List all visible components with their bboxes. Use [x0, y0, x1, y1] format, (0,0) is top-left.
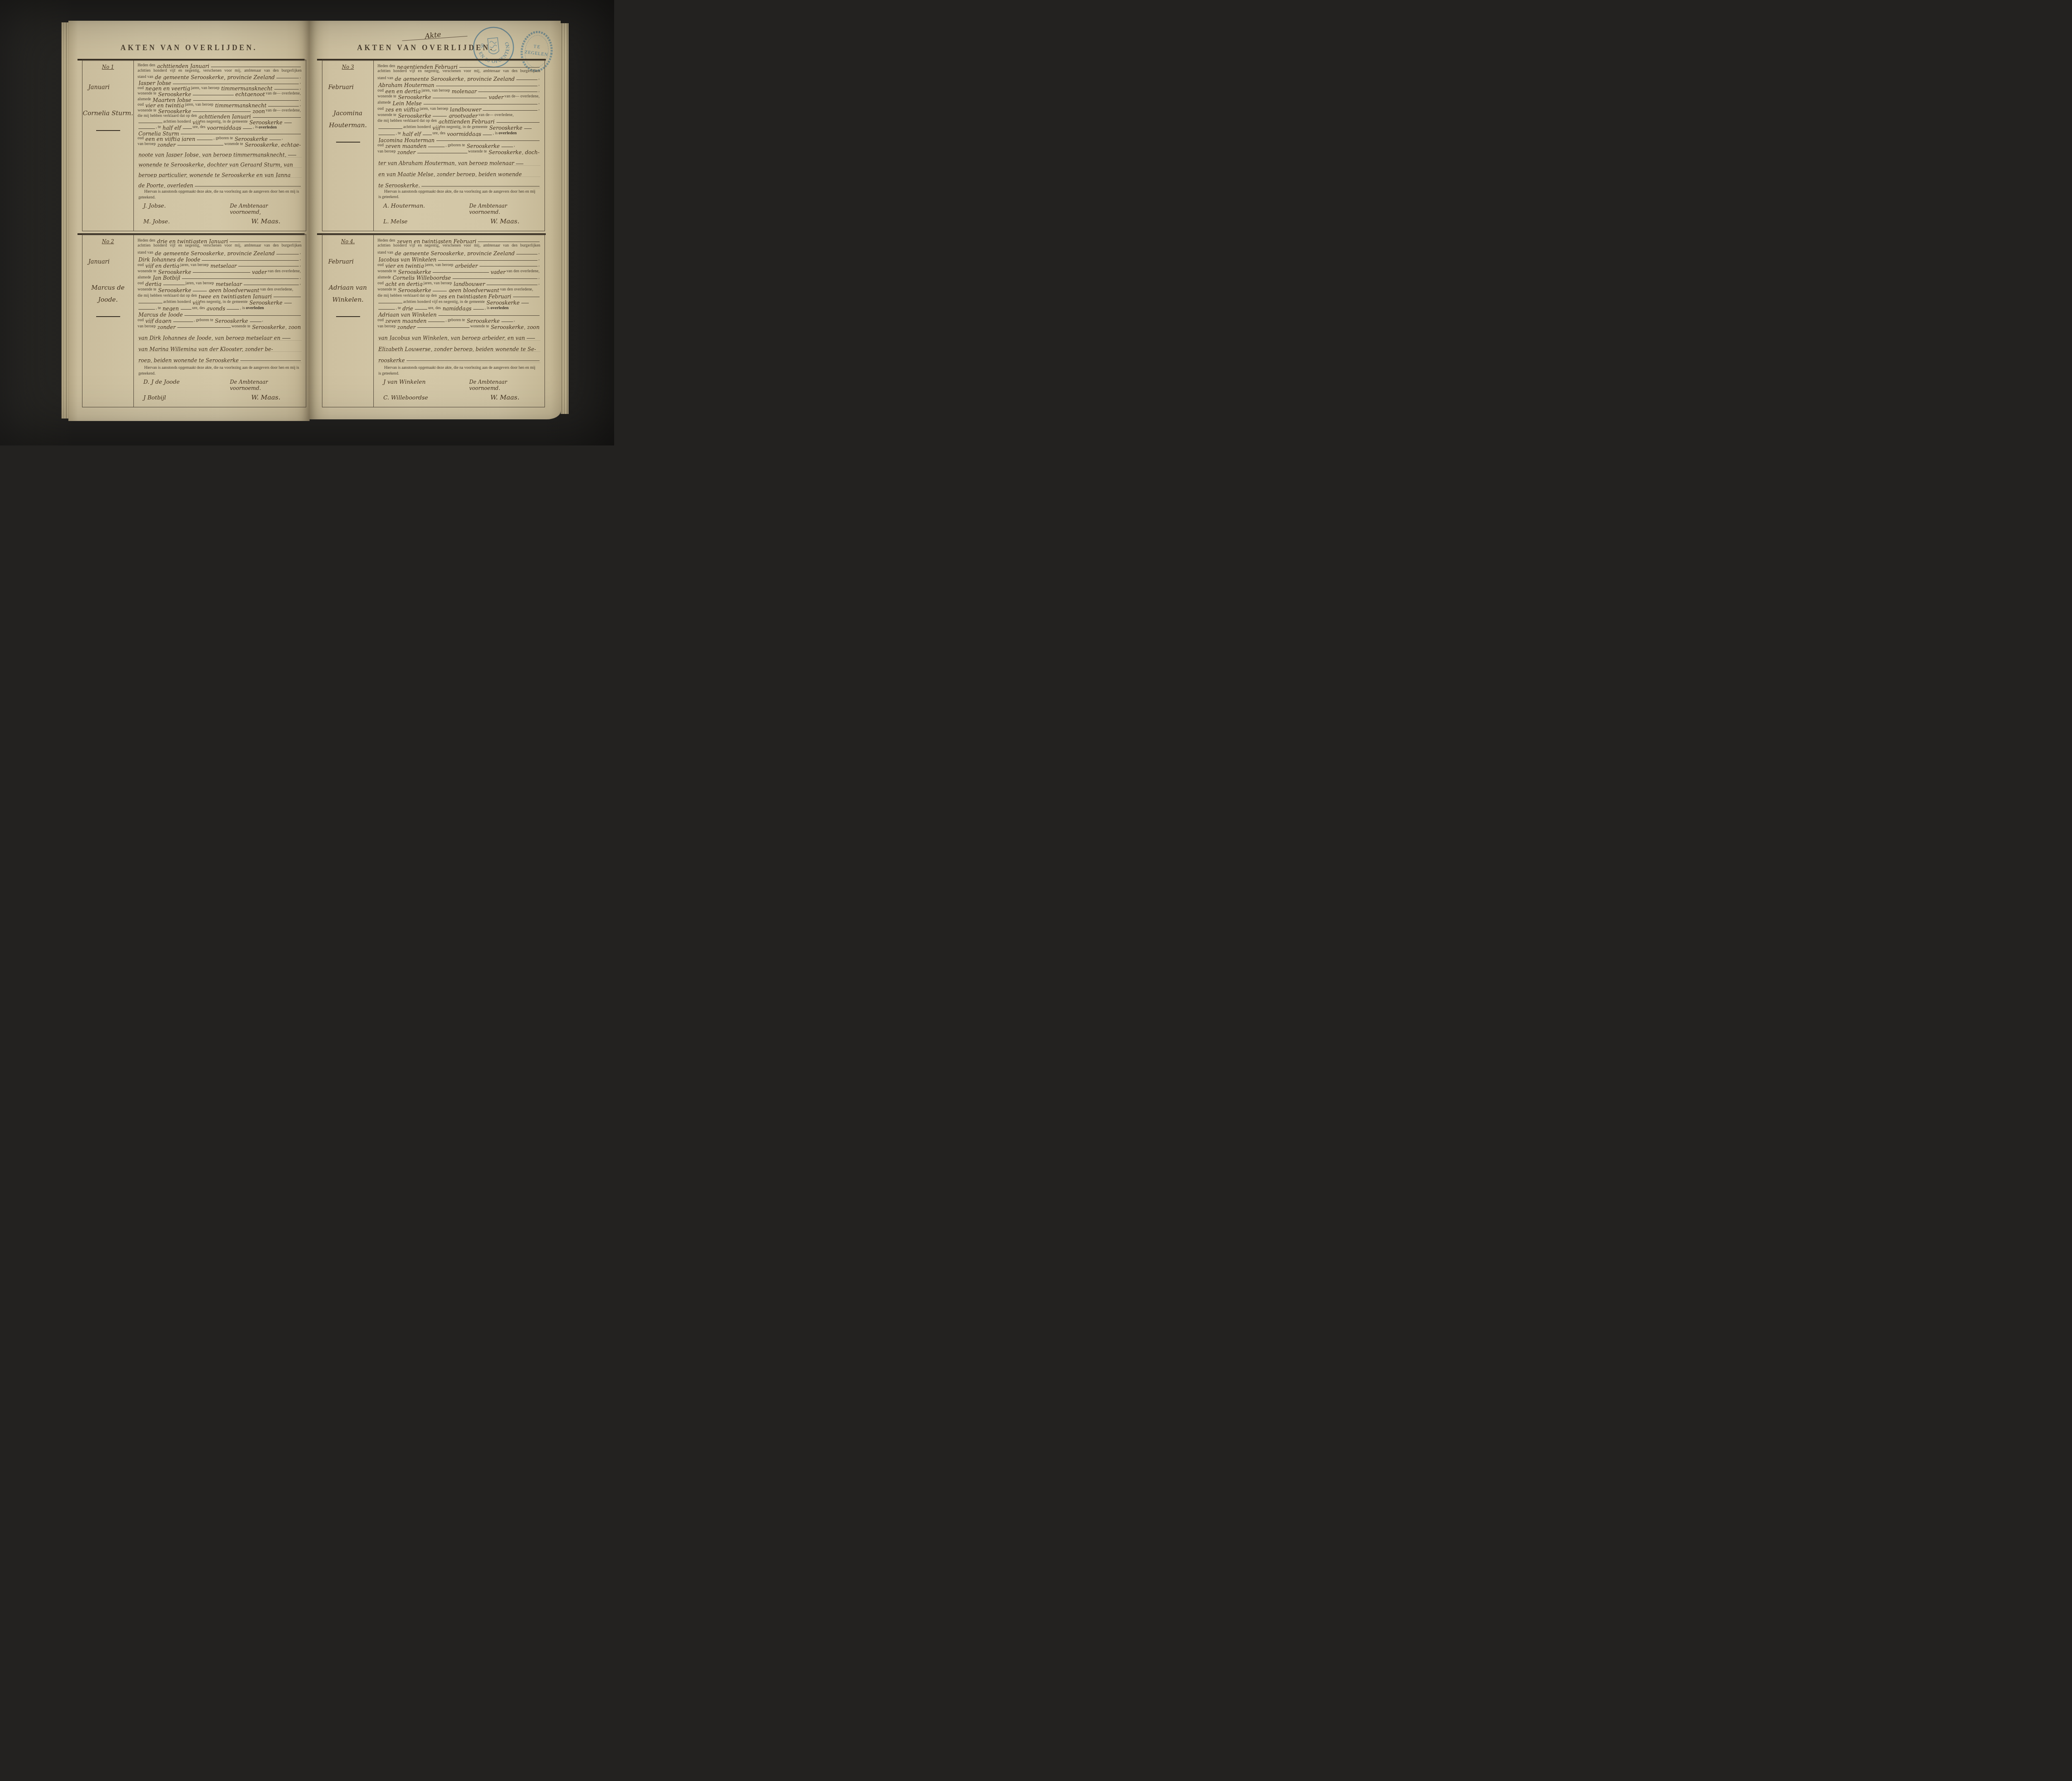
handwritten-entry: twee en twintigsten Januari [198, 294, 273, 299]
handwritten-entry: noote van Jasper Jobse, van beroep timme… [138, 152, 287, 157]
record-margin: No 2JanuariMarcus de Joode. [82, 235, 134, 407]
registrar-title: De Ambtenaar voornoemd. [469, 379, 538, 391]
blank-rule [438, 260, 537, 261]
margin-rule [96, 316, 120, 317]
form-line: wonende teSerooskerkegeen bloedverwantva… [138, 286, 302, 293]
form-line: van Marina Willemina van der Klooster, z… [138, 341, 302, 352]
printed-form-text: , [538, 107, 540, 112]
form-line: van Jacobus van Winkelen, van beroep arb… [378, 329, 540, 341]
printed-form-text: , [300, 257, 302, 262]
printed-form-text: , [538, 281, 540, 286]
handwritten-entry: Maarten Jobse [152, 97, 192, 102]
blank-rule [173, 84, 299, 84]
signatures: J. Jobse.M. Jobse.De Ambtenaar voornoemd… [138, 200, 302, 228]
printed-form-text: wonende te [224, 142, 244, 147]
form-line: wonende teSerooskerkegrootvadervan de— o… [378, 112, 540, 118]
form-line: stand vande gemeente Serooskerke, provin… [138, 250, 302, 256]
handwritten-entry: vijf [192, 300, 202, 305]
handwritten-entry: zeven en twintigsten Februari [396, 239, 477, 244]
form-line: , tenegenure, desavonds, isoverleden [138, 305, 302, 311]
printed-form-text: Heden den [138, 63, 156, 68]
record-month: Januari [82, 259, 110, 265]
blank-rule [417, 153, 467, 153]
blank-rule [513, 297, 540, 297]
registrar-title: De Ambtenaar voornoemd, [230, 203, 299, 215]
printed-form-text: van de— overledene, [266, 92, 302, 97]
blank-rule [183, 128, 192, 129]
blank-rule [433, 98, 487, 98]
handwritten-entry: zonder [397, 324, 416, 329]
scanned-register-spread: AKTEN VAN OVERLIJDEN. No 1JanuariCorneli… [0, 0, 614, 445]
handwritten-entry: rooskerke [378, 358, 406, 363]
printed-form-text: die mij hebben verklaard dat op den [138, 114, 198, 119]
handwritten-entry: timmermansknecht [214, 103, 267, 108]
blank-rule [269, 140, 281, 140]
handwritten-entry: achttienden Januari [198, 114, 252, 119]
printed-form-text: alsmede [138, 97, 152, 102]
handwritten-entry: Adriaan van Winkelen [378, 312, 438, 317]
blank-rule [163, 285, 185, 285]
printed-form-text: , [538, 82, 540, 87]
death-record-3: No 3FebruariJacominaHouterman.Heden denn… [322, 60, 545, 231]
printed-form-text: oud [138, 318, 145, 323]
form-line: Jacomina Houterman [378, 136, 540, 143]
form-line: Dirk Johannes de Joode, [138, 256, 302, 262]
printed-form-text: , [538, 89, 540, 94]
handwritten-entry: Serooskerke [466, 143, 501, 148]
handwritten-entry: zeven maanden [385, 318, 427, 323]
form-line: Cornelia Sturm [138, 130, 302, 136]
blank-rule [473, 309, 484, 310]
handwritten-entry: Serooskerke [397, 113, 432, 118]
printed-form-text: , is [493, 131, 499, 136]
closing-clause: Hiervan is aanstonds opgemaakt deze akte… [138, 189, 300, 200]
record-body: Heden denachttienden Januariachttien hon… [134, 60, 306, 231]
handwritten-entry: arbeider [454, 263, 479, 268]
record-body: Heden dennegentienden Februariachttien h… [374, 60, 545, 231]
form-line: van beroepzonderwonende teSerooskerke, d… [378, 149, 540, 155]
blank-rule [524, 128, 532, 129]
handwritten-annotation: Akte [424, 27, 467, 41]
printed-form-text: ure, des [428, 306, 442, 311]
form-line: achttien honderd vijf en negentig, versc… [378, 69, 540, 75]
handwritten-entry: Serooskerke [249, 300, 283, 305]
form-line: oudzes en vijftigjaren, van beroeplandbo… [378, 106, 540, 112]
printed-form-text: van de— overledene, [266, 109, 302, 114]
handwritten-entry: de gemeente Serooskerke, provincie Zeela… [394, 251, 516, 256]
handwritten-entry: achttienden Februari [438, 119, 495, 124]
handwritten-entry: Serooskerke, echtge- [244, 142, 302, 147]
handwritten-entry: Serooskerke [157, 92, 192, 97]
blank-rule [417, 327, 470, 328]
printed-form-text: oud [138, 136, 145, 141]
handwritten-entry: timmermansknecht [220, 86, 274, 91]
handwritten-entry: de gemeente Serooskerke, provincie Zeela… [154, 251, 276, 256]
printed-form-text: wonende te [378, 269, 397, 274]
printed-form-text: , [300, 281, 302, 286]
form-line: achttien honderd vijf en negentig, in de… [378, 299, 540, 305]
handwritten-entry: metselaar [215, 281, 242, 286]
handwritten-entry: zoon [252, 109, 266, 114]
blank-rule [173, 322, 193, 322]
handwritten-entry: een en vijftig jaren [145, 136, 196, 141]
form-line: Heden denachttienden Januari [138, 63, 302, 69]
left-page: AKTEN VAN OVERLIJDEN. No 1JanuariCorneli… [68, 21, 310, 421]
handwritten-entry: Abraham Houterman [378, 82, 435, 87]
printed-form-text: die mij hebben verklaard dat op den [378, 294, 438, 299]
form-line: die mij hebben verklaard dat op dentwee … [138, 293, 302, 299]
handwritten-entry: vier en twintig [145, 103, 185, 108]
printed-form-text: jaren, van beroep [186, 281, 215, 286]
signatures: A. Houterman.L. MelseDe Ambtenaar voorno… [378, 200, 540, 228]
handwritten-entry: vader [488, 94, 504, 99]
blank-rule [421, 186, 540, 186]
blank-rule [227, 309, 239, 310]
form-line: rooskerke [378, 352, 540, 363]
printed-form-text: alsmede [378, 276, 392, 281]
blank-rule [193, 100, 299, 101]
handwritten-entry: Cornelis Willeboordse [392, 275, 452, 280]
printed-form-text: wonende te [470, 324, 490, 329]
form-line: , tedrieure, desnamiddags, isoverleden [378, 305, 540, 311]
blank-rule [436, 86, 537, 86]
form-line: Heden dendrie en twintigsten Januari [138, 237, 302, 244]
blank-rule [428, 322, 445, 322]
form-line: achttien honderdvijfen negentig, in de g… [138, 299, 302, 305]
form-line: alsmedeLein Melse, [378, 100, 540, 106]
printed-form-text: , [300, 103, 302, 108]
handwritten-entry: en van Maatje Melse, zonder beroep, beid… [378, 172, 523, 177]
printed-form-text: jaren, van beroep [421, 89, 451, 94]
handwritten-entry: landbouwer [449, 107, 482, 112]
form-line: Abraham Houterman, [378, 81, 540, 87]
printed-form-text: achttien honderd vijf en negentig, versc… [138, 244, 302, 249]
blank-rule [177, 327, 231, 328]
blank-rule [521, 303, 529, 303]
printed-form-text: , [538, 101, 540, 106]
form-line: stand vande gemeente Serooskerke, provin… [378, 75, 540, 82]
handwritten-entry: geen bloedverwant [208, 288, 260, 293]
printed-form-text: wonende te [378, 94, 397, 99]
printed-form-text: oud [138, 263, 145, 268]
printed-form-text: , te [396, 131, 402, 136]
form-line: achttien honderdvijfen negentig, in de g… [378, 124, 540, 131]
blank-rule [193, 95, 233, 95]
form-line: oudeen en dertigjaren, van beroepmolenaa… [378, 87, 540, 94]
printed-form-text: wonende te [138, 92, 157, 97]
blank-rule [424, 104, 538, 104]
blank-rule [423, 135, 432, 135]
handwritten-entry: een en dertig [385, 89, 421, 94]
printed-form-text: , [514, 143, 516, 148]
handwritten-entry: half elf [162, 125, 182, 130]
form-line: wonende teSerooskerkevadervan den overle… [138, 268, 302, 274]
printed-form-text: wonende te [138, 288, 157, 293]
printed-form-text: Heden den [378, 64, 396, 69]
declarant-signature: M. Jobse. [143, 218, 211, 225]
deceased-name: Marcus de Joode. [82, 282, 133, 305]
blank-rule [483, 135, 492, 135]
registrar-signature: W. Maas. [490, 394, 538, 401]
printed-form-text: , [282, 136, 284, 141]
record-margin: No 4.FebruariAdriaan vanWinkelen. [322, 235, 374, 407]
blank-rule [193, 291, 207, 291]
printed-form-text: die mij hebben verklaard dat op den [378, 119, 438, 124]
blank-rule [268, 106, 299, 106]
handwritten-entry: van Marina Willemina van der Klooster, z… [138, 346, 274, 352]
blank-rule [415, 309, 427, 310]
declarant-signature: J Botbijl [143, 394, 211, 401]
declarant-signature: C. Willeboordse [383, 394, 450, 401]
printed-bold-text: overleden [491, 306, 509, 311]
blank-rule [276, 254, 299, 254]
form-line: wonende teSerooskerkevadervan de— overle… [378, 94, 540, 100]
blank-rule [243, 128, 252, 129]
handwritten-entry: Serooskerke [157, 269, 192, 274]
record-month: Februari [322, 259, 353, 265]
form-line: te Serooskerke. [378, 177, 540, 188]
printed-form-text: , [300, 263, 302, 268]
blank-rule [433, 291, 447, 291]
printed-form-text: stand van [138, 251, 154, 256]
form-line: die mij hebben verklaard dat op denachtt… [378, 118, 540, 124]
printed-form-text: achttien honderd vijf en negentig, in de… [403, 300, 486, 305]
printed-bold-text: overleden [499, 131, 517, 136]
page-stack-edges-right [561, 23, 569, 414]
record-number: No 3 [342, 64, 354, 70]
printed-form-text: van den overledene, [500, 288, 534, 293]
deceased-name: Cornelia Sturm. [83, 107, 133, 119]
blank-rule [138, 123, 162, 123]
printed-form-text: jaren, van beroep [424, 281, 453, 286]
form-line: oudvijf en dertigjaren, van beroepmetsel… [138, 262, 302, 268]
form-line: oudvier en twintigjaren, van beroeptimme… [138, 102, 302, 108]
blank-rule [230, 242, 301, 242]
printed-form-text: alsmede [378, 101, 392, 106]
printed-form-text: , [538, 251, 540, 256]
form-line: achttien honderd vijf en negentig, versc… [138, 244, 302, 250]
printed-form-text: , geboren te [213, 136, 234, 141]
printed-form-text: stand van [378, 251, 394, 256]
form-line: oudzeven maanden, geboren teSerooskerke, [378, 143, 540, 149]
handwritten-entry: Jacomina Houterman [378, 138, 436, 143]
handwritten-entry: achttienden Januari [156, 63, 210, 68]
printed-form-text: wonende te [232, 324, 251, 329]
form-line: achttien honderdvijfen negentig, in de g… [138, 119, 302, 125]
page-title-right: AKTEN VAN OVERLIJDEN. [310, 43, 561, 53]
blank-rule [378, 135, 395, 135]
handwritten-entry: ter van Abraham Houterman, van beroep mo… [378, 160, 515, 166]
blank-rule [181, 134, 301, 134]
handwritten-entry: vier en twintig [385, 263, 425, 268]
handwritten-entry: grootvader [448, 113, 478, 118]
printed-form-text: ure, des [192, 306, 206, 311]
printed-form-text: , te [156, 125, 162, 130]
blank-rule [501, 322, 513, 322]
blank-rule [195, 186, 301, 186]
handwritten-entry: roep, beiden wonende te Serooskerke [138, 358, 240, 363]
declarant-signature: A. Houterman. [383, 203, 450, 209]
printed-form-text: achttien honderd vijf en negentig, versc… [138, 69, 302, 74]
printed-form-text: oud [378, 318, 385, 323]
form-line: van beroepzonderwonende teSerooskerke, z… [378, 323, 540, 329]
printed-form-text: ure, des [433, 131, 446, 136]
handwritten-entry: drie en twintigsten Januari [156, 239, 229, 244]
blank-rule [438, 315, 540, 316]
blank-rule [238, 266, 299, 266]
margin-rule [96, 130, 120, 131]
printed-form-text: Heden den [378, 239, 396, 244]
form-line: stand vande gemeente Serooskerke, provin… [378, 250, 540, 256]
printed-form-text: , [538, 276, 540, 281]
handwritten-entry: vijf [432, 125, 442, 130]
printed-form-text: wonende te [468, 150, 488, 155]
form-line: wonende teSerooskerkeechtgenootvan de— o… [138, 91, 302, 97]
printed-form-text: en negentig, in de gemeente [201, 120, 248, 125]
handwritten-entry: zes en twintigsten Februari [438, 294, 512, 299]
printed-form-text: , is [240, 306, 246, 311]
printed-form-text: oud [138, 103, 145, 108]
declarant-signature: L. Melse [383, 218, 450, 225]
form-line: achttien honderd vijf en negentig, versc… [378, 244, 540, 250]
printed-form-text: , [262, 318, 264, 323]
printed-form-text: wonende te [138, 269, 157, 274]
blank-rule [428, 147, 445, 147]
printed-form-text: , [300, 86, 302, 91]
record-number: No 2 [102, 239, 114, 244]
printed-form-text: jaren, van beroep [420, 107, 449, 112]
record-number: No 4. [341, 239, 355, 244]
printed-form-text: die mij hebben verklaard dat op den [138, 294, 198, 299]
form-line: stand vande gemeente Serooskerke, provin… [138, 74, 302, 80]
handwritten-entry: acht en dertig [385, 281, 424, 286]
record-month: Januari [82, 84, 110, 91]
printed-form-text: oud [138, 86, 145, 91]
handwritten-entry: avonds [206, 306, 226, 311]
printed-form-text: jaren, van beroep [185, 103, 214, 108]
printed-form-text: jaren, van beroep [425, 263, 454, 268]
registrar-title: De Ambtenaar voornoemd. [469, 203, 538, 215]
handwritten-entry: zonder [157, 324, 177, 329]
death-record-2: No 2JanuariMarcus de Joode.Heden dendrie… [82, 234, 306, 407]
signatures: D. J de JoodeJ BotbijlDe Ambtenaar voorn… [138, 376, 302, 404]
blank-rule [487, 285, 537, 285]
printed-form-text: van den overledene, [260, 288, 294, 293]
death-record-4: No 4.FebruariAdriaan vanWinkelen.Heden d… [322, 234, 545, 407]
form-line: Marcus de Joode [138, 311, 302, 317]
handwritten-entry: drie [402, 306, 414, 311]
declarant-signature: J. Jobse. [143, 203, 211, 209]
handwritten-entry: de gemeente Serooskerke, provincie Zeela… [154, 75, 276, 80]
handwritten-entry: Serooskerke, zoon [490, 324, 540, 329]
handwritten-entry: zeven maanden [385, 143, 427, 148]
blank-rule [197, 140, 213, 140]
form-line: van Dirk Johannes de Joode, van beroep m… [138, 329, 302, 341]
blank-rule [501, 147, 513, 147]
form-line: oudacht en dertigjaren, van beroeplandbo… [378, 281, 540, 287]
blank-rule [407, 361, 540, 361]
blank-rule [244, 285, 299, 285]
printed-form-text: , [300, 75, 302, 80]
printed-form-text: achttien honderd [163, 120, 192, 125]
printed-form-text: achttien honderd vijf en negentig, versc… [378, 69, 540, 74]
handwritten-entry: Serooskerke [397, 269, 432, 274]
blank-rule [483, 110, 537, 111]
blank-rule [282, 338, 290, 339]
blank-rule [240, 361, 301, 361]
printed-form-text: oud [378, 143, 385, 148]
handwritten-entry: Serooskerke [234, 136, 269, 141]
form-line: Heden dennegentienden Februari [378, 63, 540, 69]
printed-form-text: oud [378, 263, 385, 268]
blank-rule [478, 92, 537, 92]
registrar-signature: W. Maas. [251, 218, 299, 225]
blank-rule [181, 309, 191, 310]
handwritten-entry: Lein Melse [392, 101, 422, 106]
form-line: , tehalf elfure, desvoormiddags, isoverl… [378, 130, 540, 136]
form-line: , tehalf elfure, desvoormiddags, isoverl… [138, 125, 302, 131]
form-line: van beroepzonderwonende teSerooskerke, z… [138, 323, 302, 329]
printed-form-text: oud [138, 281, 145, 286]
form-line: noote van Jasper Jobse, van beroep timme… [138, 147, 302, 157]
handwritten-entry: zes en vijftig [385, 107, 420, 112]
form-line: en van Maatje Melse, zonder beroep, beid… [378, 166, 540, 177]
handwritten-entry: echtgenoot [235, 92, 266, 97]
blank-rule [496, 122, 540, 123]
handwritten-entry: metselaar [210, 263, 237, 268]
handwritten-entry: molenaar [451, 89, 477, 94]
death-record-1: No 1JanuariCornelia Sturm.Heden denachtt… [82, 60, 306, 231]
form-line: oudnegen en veertigjaren, van beroeptimm… [138, 85, 302, 91]
form-line: oudeen en vijftig jaren, geboren teSeroo… [138, 136, 302, 142]
form-line: oudvijf dagen, geboren teSerooskerke, [138, 317, 302, 323]
blank-rule [253, 117, 301, 118]
handwritten-entry: de Poorte, overleden [138, 183, 194, 188]
printed-form-text: van beroep [138, 142, 157, 147]
record-number: No 1 [102, 64, 114, 70]
printed-form-text: wonende te [378, 288, 397, 293]
handwritten-entry: dertig [145, 281, 162, 286]
blank-rule [516, 254, 537, 254]
form-line: die mij hebben verklaard dat op denzes e… [378, 293, 540, 299]
form-line: alsmedeJan Botbijl, [138, 274, 302, 281]
handwritten-entry: vijf en dertig [145, 263, 180, 268]
blank-rule [378, 128, 402, 129]
handwritten-entry: voormiddags [206, 125, 242, 130]
blank-rule [274, 89, 299, 90]
declarant-signature: D. J de Joode [143, 379, 211, 385]
printed-form-text: oud [378, 107, 385, 112]
blank-rule [138, 309, 155, 310]
printed-form-text: , is [485, 306, 491, 311]
form-line: roep, beiden wonende te Serooskerke [138, 352, 302, 363]
handwritten-entry: Serooskerke [466, 318, 501, 323]
closing-clause: Hiervan is aanstonds opgemaakt deze akte… [378, 189, 539, 200]
printed-form-text: , [538, 257, 540, 262]
printed-form-text: en negentig, in de gemeente [201, 300, 248, 305]
printed-form-text: achttien honderd [163, 300, 192, 305]
printed-form-text: jaren, van beroep [180, 263, 210, 268]
printed-form-text: achttien honderd vijf en negentig, versc… [378, 244, 540, 249]
handwritten-entry: vader [251, 269, 268, 274]
handwritten-entry: geen bloedverwant [448, 288, 500, 293]
blank-rule [516, 164, 523, 164]
blank-rule [516, 80, 537, 80]
printed-form-text: , te [396, 306, 402, 311]
printed-form-text: wonende te [378, 113, 397, 118]
printed-form-text: wonende te [138, 109, 157, 114]
declarant-signature: J van Winkelen [383, 379, 450, 385]
